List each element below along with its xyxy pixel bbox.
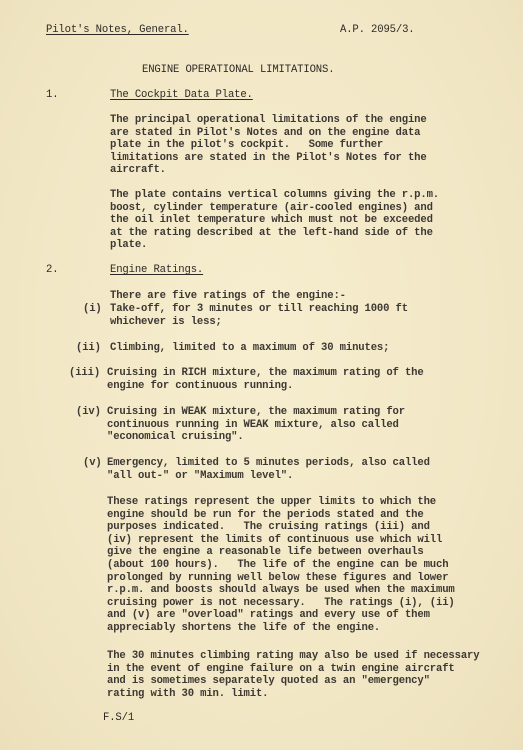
section-1-paragraph-1: The principal operational limitations of… — [110, 114, 427, 177]
rating-text-iii: Cruising in RICH mixture, the maximum ra… — [107, 367, 424, 392]
footer-code: F.S/1 — [103, 712, 134, 725]
section-2-number: 2. — [46, 264, 58, 277]
section-1-number: 1. — [46, 89, 58, 102]
section-1-heading: The Cockpit Data Plate. — [110, 89, 253, 102]
rating-label-v: (v) — [83, 457, 102, 470]
document-title: ENGINE OPERATIONAL LIMITATIONS. — [142, 64, 334, 77]
rating-text-iv: Cruising in WEAK mixture, the maximum ra… — [107, 406, 405, 444]
rating-label-iv: (iv) — [76, 406, 101, 419]
section-2-paragraph-1: These ratings represent the upper limits… — [107, 496, 455, 635]
section-1-paragraph-2: The plate contains vertical columns givi… — [110, 189, 439, 252]
rating-label-i: (i) — [83, 303, 102, 316]
rating-label-iii: (iii) — [69, 367, 100, 380]
header-left: Pilot's Notes, General. — [46, 24, 189, 37]
ratings-intro: There are five ratings of the engine:- — [110, 290, 346, 303]
rating-text-v: Emergency, limited to 5 minutes periods,… — [107, 457, 430, 482]
rating-text-ii: Climbing, limited to a maximum of 30 min… — [110, 342, 389, 355]
rating-text-i: Take-off, for 3 minutes or till reaching… — [110, 303, 408, 328]
section-2-heading: Engine Ratings. — [110, 264, 203, 277]
header-right: A.P. 2095/3. — [340, 24, 415, 37]
section-2-paragraph-2: The 30 minutes climbing rating may also … — [107, 650, 479, 700]
document-page: Pilot's Notes, General. A.P. 2095/3. ENG… — [0, 0, 523, 750]
rating-label-ii: (ii) — [76, 342, 101, 355]
